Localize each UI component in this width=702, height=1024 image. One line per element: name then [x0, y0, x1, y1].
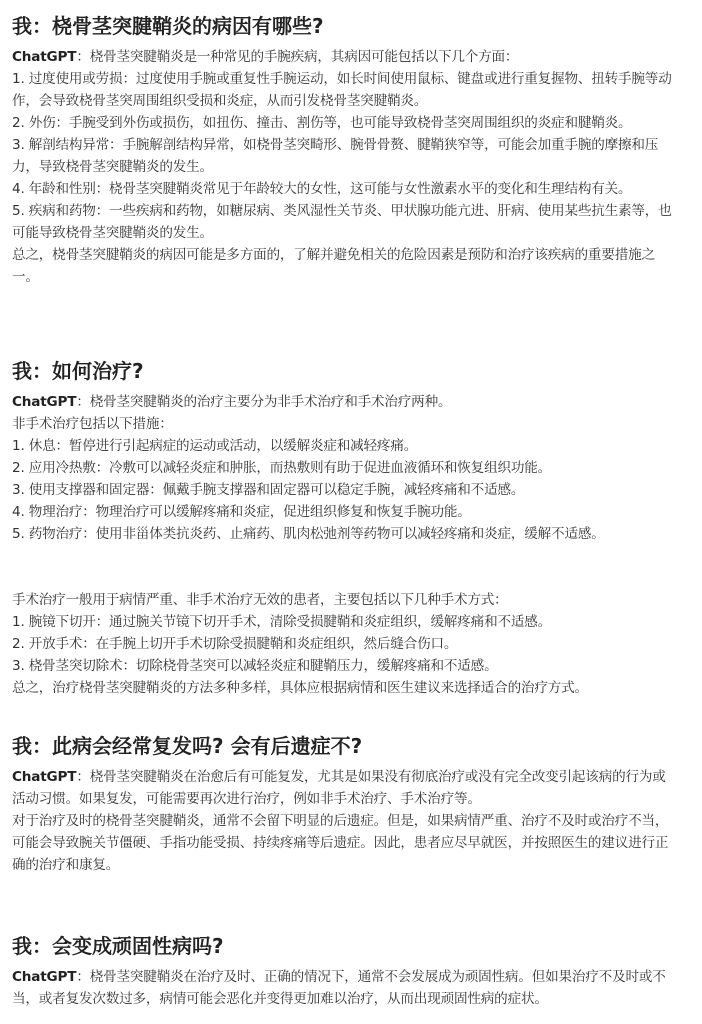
- answer-paragraph: 3. 使用支撑器和固定器：佩戴手腕支撑器和固定器可以稳定手腕，减轻疼痛和不适感。: [12, 479, 672, 501]
- answer-paragraph: 非手术治疗包括以下措施：: [12, 413, 672, 435]
- answer-paragraph: 4. 年龄和性别：桡骨茎突腱鞘炎常见于年龄较大的女性，这可能与女性激素水平的变化…: [12, 178, 672, 200]
- answer-paragraph: 对于治疗及时的桡骨茎突腱鞘炎，通常不会留下明显的后遗症。但是，如果病情严重、治疗…: [12, 810, 672, 876]
- answer-paragraph: 2. 应用冷热敷：冷敷可以减轻炎症和肿胀，而热敷则有助于促进血液循环和恢复组织功…: [12, 457, 672, 479]
- answer-paragraph: 2. 外伤：手腕受到外伤或损伤，如扭伤、撞击、割伤等，也可能导致桡骨茎突周围组织…: [12, 112, 672, 134]
- answer-paragraph: 3. 桡骨茎突切除术：切除桡骨茎突可以减轻炎症和腱鞘压力，缓解疼痛和不适感。: [12, 655, 672, 677]
- chatgpt-label: ChatGPT: [12, 394, 76, 410]
- answer-paragraph: 5. 药物治疗：使用非甾体类抗炎药、止痛药、肌肉松弛剂等药物可以减轻疼痛和炎症，…: [12, 523, 672, 545]
- answer-paragraph: 2. 开放手术：在手腕上切开手术切除受损腱鞘和炎症组织，然后缝合伤口。: [12, 633, 672, 655]
- question-heading: 我：桡骨茎突腱鞘炎的病因有哪些?: [12, 4, 672, 46]
- answer-paragraph: 1. 休息：暂停进行引起病症的运动或活动，以缓解炎症和减轻疼痛。: [12, 435, 672, 457]
- answer-first-line: ChatGPT：桡骨茎突腱鞘炎是一种常见的手腕疾病，其病因可能包括以下几个方面：: [12, 46, 672, 68]
- answer-paragraph: 手术治疗一般用于病情严重、非手术治疗无效的患者，主要包括以下几种手术方式：: [12, 589, 672, 611]
- qa-section-causes: 我：桡骨茎突腱鞘炎的病因有哪些? ChatGPT：桡骨茎突腱鞘炎是一种常见的手腕…: [12, 4, 672, 288]
- answer-paragraph: 1. 过度使用或劳损：过度使用手腕或重复性手腕运动，如长时间使用鼠标、键盘或进行…: [12, 68, 672, 112]
- qa-section-recurrence: 我：此病会经常复发吗? 会有后遗症不? ChatGPT：桡骨茎突腱鞘炎在治愈后有…: [12, 724, 672, 876]
- answer-paragraph: 总之，治疗桡骨茎突腱鞘炎的方法多种多样，具体应根据病情和医生建议来选择适合的治疗…: [12, 677, 672, 699]
- question-heading: 我：此病会经常复发吗? 会有后遗症不?: [12, 724, 672, 766]
- answer-paragraph: 3. 解剖结构异常：手腕解剖结构异常，如桡骨茎突畸形、腕骨骨赘、腱鞘狭窄等，可能…: [12, 134, 672, 178]
- answer-paragraph: 4. 物理治疗：物理治疗可以缓解疼痛和炎症，促进组织修复和恢复手腕功能。: [12, 501, 672, 523]
- question-heading: 我：如何治疗?: [12, 349, 672, 391]
- chatgpt-label: ChatGPT: [12, 49, 76, 65]
- answer-first-line: ChatGPT：桡骨茎突腱鞘炎的治疗主要分为非手术治疗和手术治疗两种。: [12, 391, 672, 413]
- answer-paragraph: 5. 疾病和药物：一些疾病和药物，如糖尿病、类风湿性关节炎、甲状腺功能亢进、肝病…: [12, 200, 672, 244]
- answer-paragraph: 总之，桡骨茎突腱鞘炎的病因可能是多方面的，了解并避免相关的危险因素是预防和治疗该…: [12, 244, 672, 288]
- chatgpt-label: ChatGPT: [12, 769, 76, 785]
- answer-first-line: ChatGPT：桡骨茎突腱鞘炎在治愈后有可能复发，尤其是如果没有彻底治疗或没有完…: [12, 766, 672, 810]
- answer-paragraph: 1. 腕镜下切开：通过腕关节镜下切开手术，清除受损腱鞘和炎症组织，缓解疼痛和不适…: [12, 611, 672, 633]
- qa-section-chronic: 我：会变成顽固性病吗? ChatGPT：桡骨茎突腱鞘炎在治疗及时、正确的情况下，…: [12, 924, 672, 1010]
- question-heading: 我：会变成顽固性病吗?: [12, 924, 672, 966]
- chatgpt-label: ChatGPT: [12, 969, 76, 985]
- qa-section-treatment: 我：如何治疗? ChatGPT：桡骨茎突腱鞘炎的治疗主要分为非手术治疗和手术治疗…: [12, 349, 672, 545]
- answer-first-line: ChatGPT：桡骨茎突腱鞘炎在治疗及时、正确的情况下，通常不会发展成为顽固性病…: [12, 966, 672, 1010]
- qa-section-surgery: 手术治疗一般用于病情严重、非手术治疗无效的患者，主要包括以下几种手术方式： 1.…: [12, 589, 672, 699]
